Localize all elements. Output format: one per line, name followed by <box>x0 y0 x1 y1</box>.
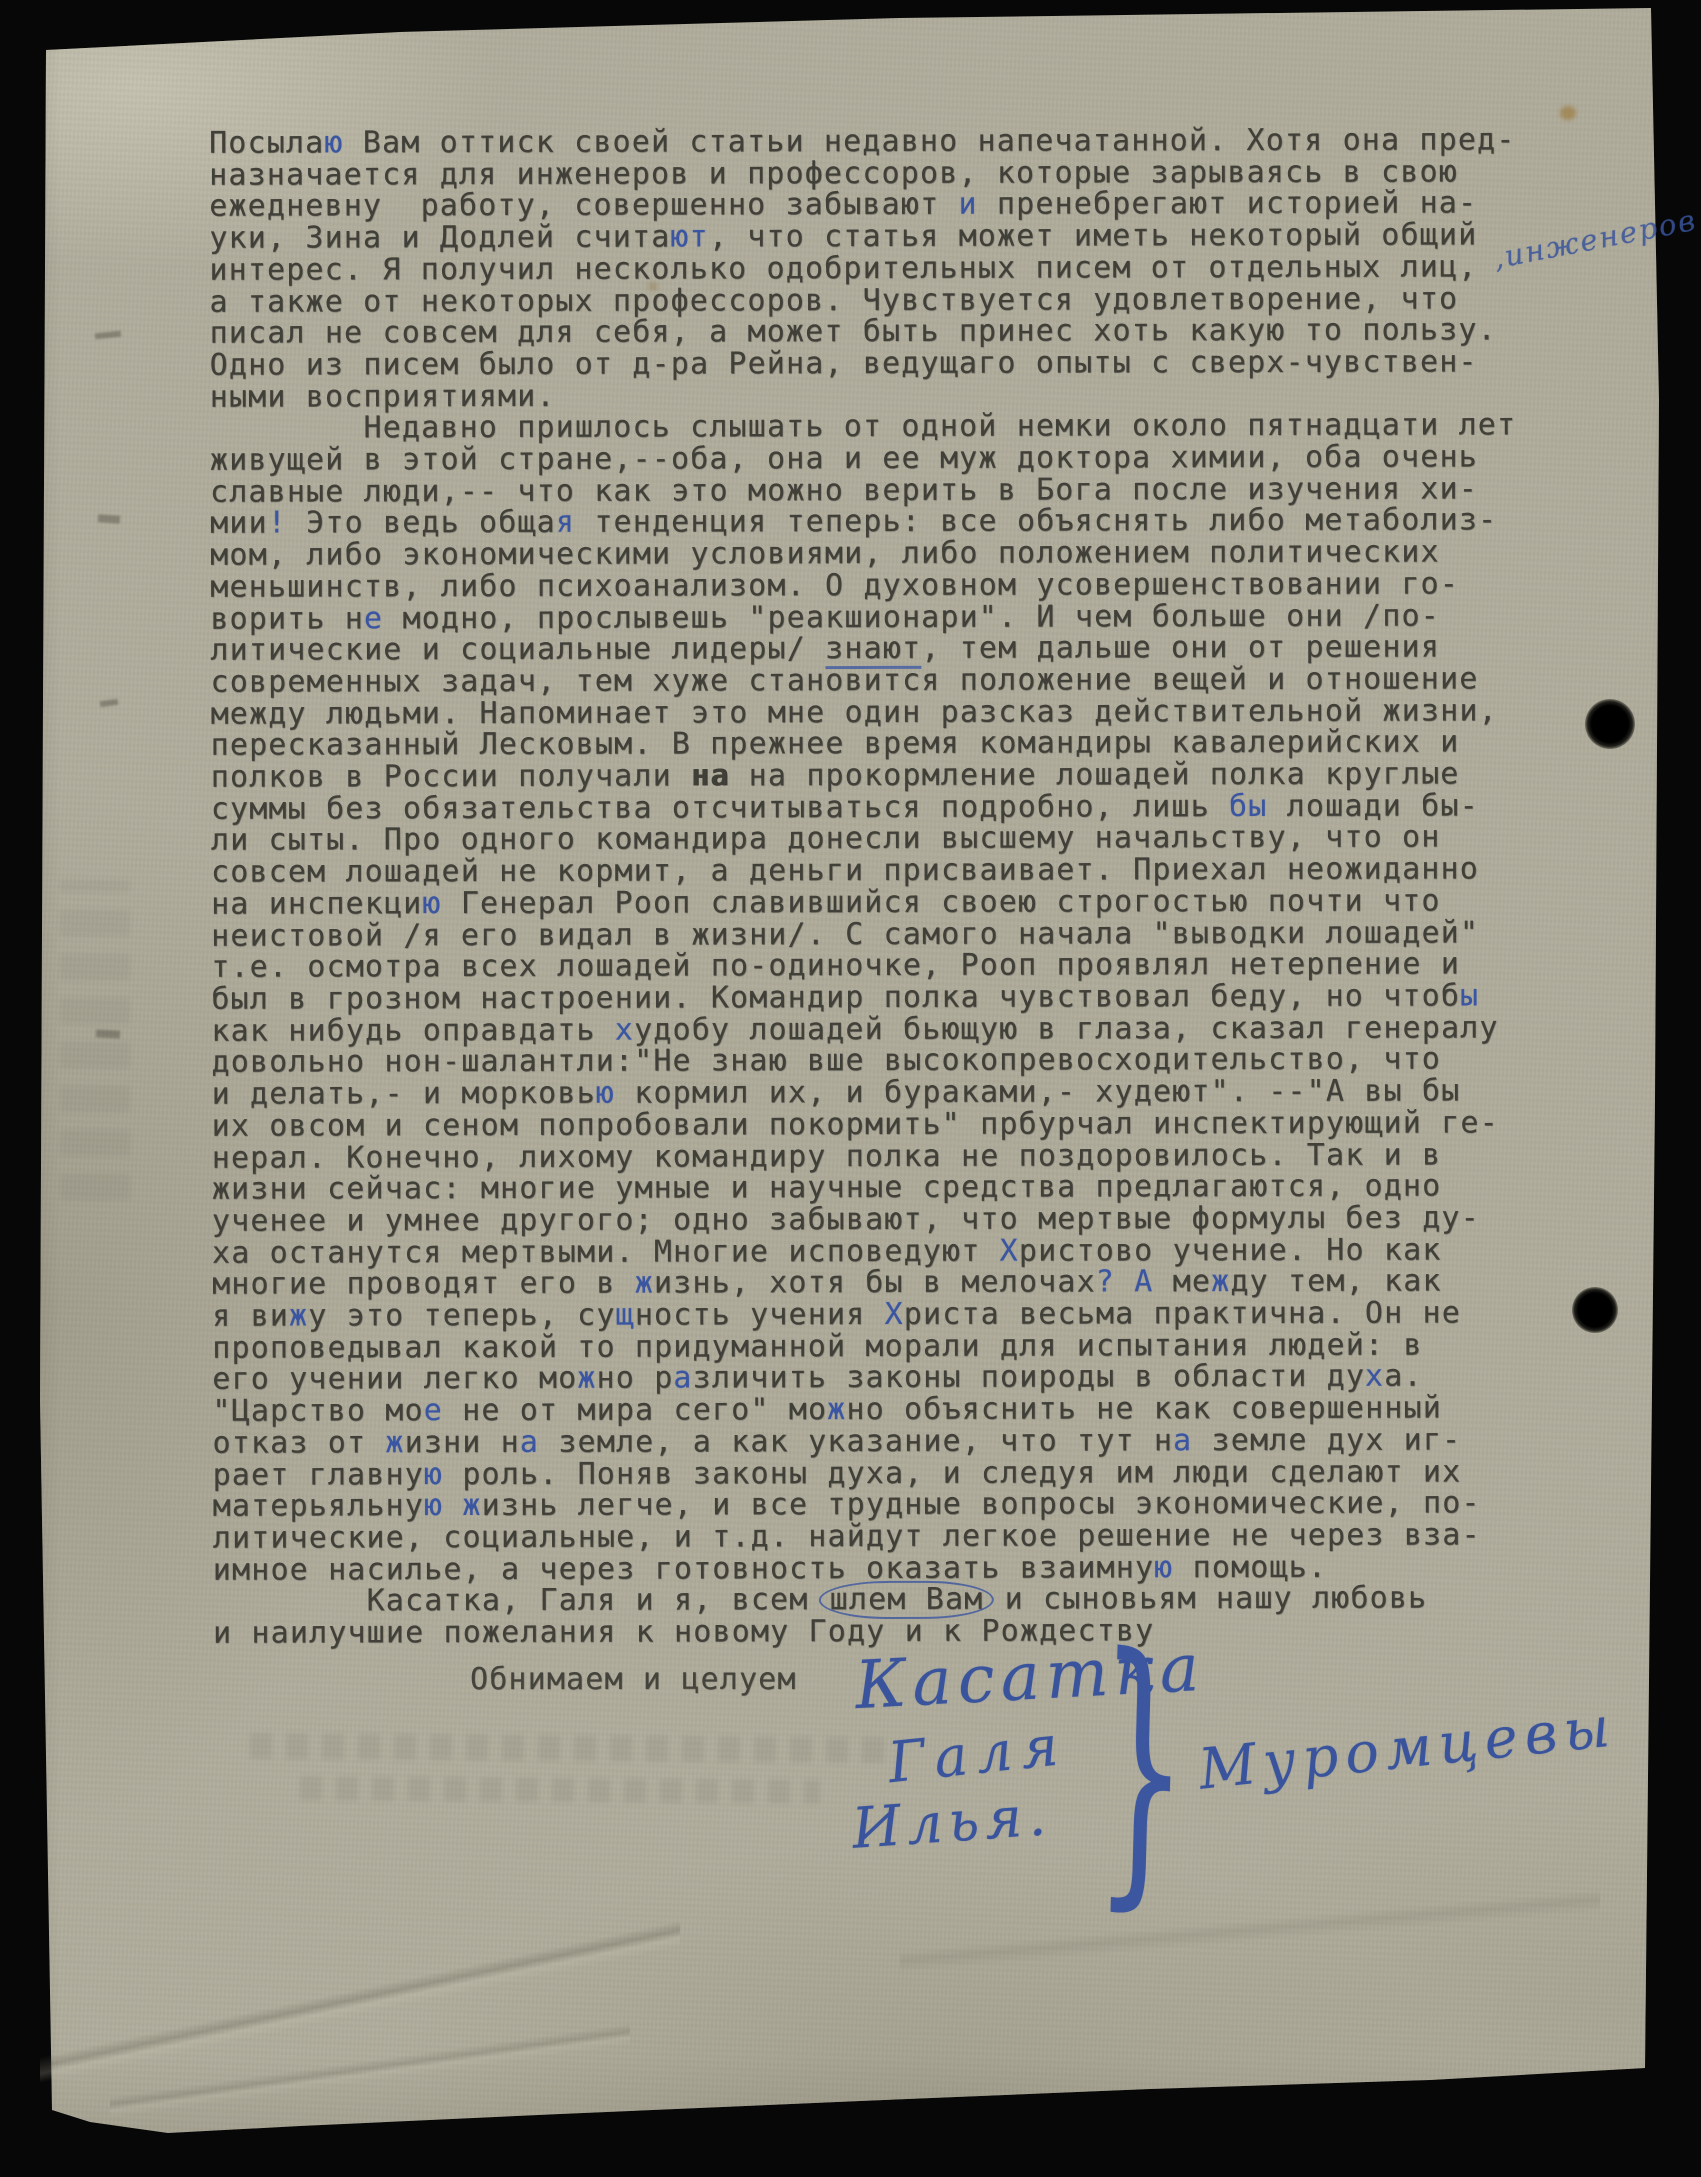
scanned-letter-page: Посылаю Вам оттиск своей статьи недавно … <box>0 0 1701 2177</box>
paper-stain <box>648 282 658 291</box>
signature-brace: } <box>1093 1624 1192 1913</box>
ink-bleedthrough <box>300 1776 820 1804</box>
paper-stain <box>1560 106 1576 120</box>
letter-line: и наилучшие пожелания к новому Году и к … <box>213 1614 1519 1649</box>
closing-line: Обнимаем и целуем <box>470 1662 797 1697</box>
signature-ilya: Илья. <box>850 1783 1054 1862</box>
letter-line: Одно из писем было от д-ра Рейна, ведуща… <box>210 346 1516 381</box>
ink-bleedthrough <box>250 1733 890 1763</box>
edge-smudge <box>98 514 121 524</box>
ink-bleedthrough <box>60 880 130 1200</box>
letter-body: Посылаю Вам оттиск своей статьи недавно … <box>209 124 1519 1649</box>
letter-line: Касатка, Галя и я, всем шлем Вам и сынов… <box>213 1583 1519 1618</box>
punch-hole-top <box>1585 699 1635 749</box>
punch-hole-bottom <box>1572 1287 1618 1333</box>
